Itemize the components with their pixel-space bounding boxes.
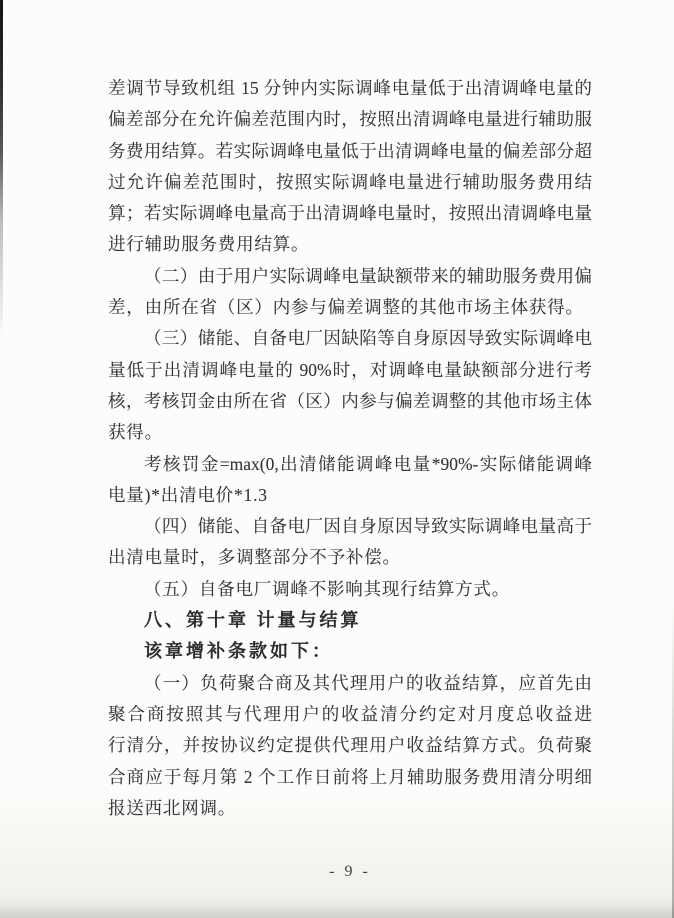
section-heading-line: 该章增补条款如下： <box>108 636 592 667</box>
text-line: 量低于出清调峰电量的 90%时，对调峰电量缺额部分进行考 <box>108 355 592 386</box>
page-number: - 9 - <box>108 863 592 881</box>
text-line: 电量)*出清电价*1.3 <box>108 480 592 511</box>
text-line: 考核罚金=max(0,出清储能调峰电量*90%-实际储能调峰 <box>108 449 592 480</box>
text-line: 算；若实际调峰电量高于出清调峰电量时，按照出清调峰电量 <box>108 198 592 229</box>
text-line: 聚合商按照其与代理用户的收益清分约定对月度总收益进 <box>108 699 592 730</box>
scan-artifact-bottom-shadow <box>0 904 674 918</box>
text-line: 获得。 <box>108 417 592 448</box>
document-body: 差调节导致机组 15 分钟内实际调峰电量低于出清调峰电量的偏差部分在允许偏差范围… <box>108 73 592 824</box>
text-line: 偏差部分在允许偏差范围内时，按照出清调峰电量进行辅助服 <box>108 104 592 135</box>
text-line: （三）储能、自备电厂因缺陷等自身原因导致实际调峰电 <box>108 323 592 354</box>
text-line: （二）由于用户实际调峰电量缺额带来的辅助服务费用偏 <box>108 261 592 292</box>
text-line: 进行辅助服务费用结算。 <box>108 229 592 260</box>
text-line: 差，由所在省（区）内参与偏差调整的其他市场主体获得。 <box>108 292 592 323</box>
text-line: 过允许偏差范围时，按照实际调峰电量进行辅助服务费用结 <box>108 167 592 198</box>
text-line: 出清电量时，多调整部分不予补偿。 <box>108 542 592 573</box>
text-line: （五）自备电厂调峰不影响其现行结算方式。 <box>108 574 592 605</box>
text-line: 报送西北网调。 <box>108 793 592 824</box>
scanned-document-page: 差调节导致机组 15 分钟内实际调峰电量低于出清调峰电量的偏差部分在允许偏差范围… <box>0 0 674 918</box>
text-line: （一）负荷聚合商及其代理用户的收益结算，应首先由 <box>108 668 592 699</box>
text-line: （四）储能、自备电厂因自身原因导致实际调峰电量高于 <box>108 511 592 542</box>
text-line: 合商应于每月第 2 个工作日前将上月辅助服务费用清分明细 <box>108 762 592 793</box>
text-line: 核，考核罚金由所在省（区）内参与偏差调整的其他市场主体 <box>108 386 592 417</box>
text-line: 差调节导致机组 15 分钟内实际调峰电量低于出清调峰电量的 <box>108 73 592 104</box>
section-heading-line: 八、第十章 计量与结算 <box>108 605 592 636</box>
text-line: 务费用结算。若实际调峰电量低于出清调峰电量的偏差部分超 <box>108 136 592 167</box>
text-line: 行清分，并按协议约定提供代理用户收益结算方式。负荷聚 <box>108 730 592 761</box>
scan-artifact-left-edge <box>0 0 3 340</box>
